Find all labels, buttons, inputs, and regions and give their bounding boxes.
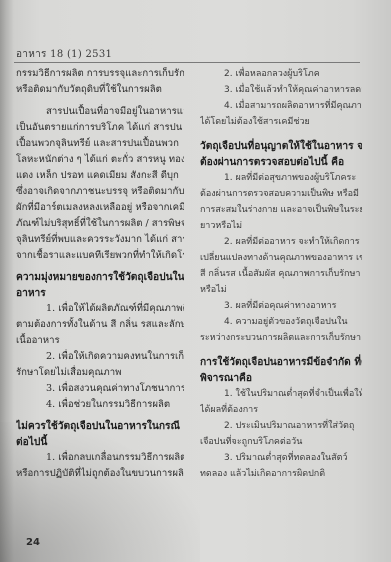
item-number: 2.	[224, 237, 233, 247]
item-text: ผลที่มีต่อคุณค่าทางอาหาร	[235, 301, 336, 311]
body-line: สารปนเปื้อนที่อาจมีอยู่ในอาหารและ	[16, 104, 184, 120]
list-item: 1. เพื่อให้ได้ผลิตภัณฑ์ที่มีคุณภาพดี	[16, 301, 184, 317]
item-text: เมื่อสามารถผลิตอาหารที่มีคุณภาพดี	[235, 101, 362, 111]
item-text: ปริมาณต่ำสุดที่ทดลองในสัตว์	[235, 453, 347, 463]
item-number: 4.	[46, 399, 55, 410]
item-text: ความอยู่ตัวของวัตถุเจือปนใน	[235, 317, 347, 327]
item-number: 4.	[224, 101, 233, 111]
section-heading: อาหาร	[16, 285, 184, 301]
item-text: เพื่อช่วยในกรรมวิธีการผลิต	[58, 399, 170, 410]
body-line: เจือปนที่จะถูกบริโภคต่อวัน	[200, 434, 362, 450]
item-text: ผลที่มีต่ออาหาร จะทำให้เกิดการ	[235, 237, 359, 247]
item-number: 1.	[46, 452, 55, 463]
body-line: หรือติดมากับวัตถุดิบที่ใช้ในการผลิต	[16, 82, 184, 98]
body-line: หรือการปฏิบัติที่ไม่ถูกต้องในขบวนการผลิต	[16, 466, 184, 482]
item-text: ประเมินปริมาณอาหารที่ใส่วัตถุ	[235, 421, 354, 431]
list-item: 4. เพื่อช่วยในกรรมวิธีการผลิต	[16, 397, 184, 413]
item-number: 3.	[224, 453, 233, 463]
item-text: เมื่อใช้แล้วทำให้คุณค่าอาหารลดลง	[235, 85, 362, 95]
page-number: 24	[26, 537, 40, 548]
item-text: เพื่อสงวนคุณค่าทางโภชนาการ	[58, 383, 184, 394]
item-text: เพื่อให้ได้ผลิตภัณฑ์ที่มีคุณภาพดี	[58, 303, 184, 314]
body-line: ซึ่งอาจเกิดจากภาชนะบรรจุ หรือติดมากับพืช	[16, 184, 184, 200]
header-rule	[14, 62, 360, 63]
item-text: เพื่อให้เกิดความคงทนในการเก็บ	[58, 351, 184, 362]
list-item: 2. ประเมินปริมาณอาหารที่ใส่วัตถุ	[200, 418, 362, 434]
right-column: 2. เพื่อหลอกลวงผู้บริโภค 3. เมื่อใช้แล้ว…	[200, 66, 362, 482]
list-item: 2. เพื่อหลอกลวงผู้บริโภค	[200, 66, 362, 82]
item-text: เพื่อหลอกลวงผู้บริโภค	[235, 69, 319, 79]
item-text: ผลที่มีต่อสุขภาพของผู้บริโภคระ	[235, 173, 356, 183]
body-line: เป็นอันตรายแก่การบริโภค ได้แก่ สารปน	[16, 120, 184, 136]
item-number: 4.	[224, 317, 233, 327]
list-item: 2. ผลที่มีต่ออาหาร จะทำให้เกิดการ	[200, 234, 362, 250]
left-column: กรรมวิธีการผลิต การบรรจุและการเก็บรักษา …	[16, 66, 184, 482]
list-item: 4. เมื่อสามารถผลิตอาหารที่มีคุณภาพดี	[200, 98, 362, 114]
body-line: ตามต้องการทั้งในด้าน สี กลิ่น รสและลักษณ…	[16, 317, 184, 333]
item-text: เพื่อกลบเกลื่อนกรรมวิธีการผลิต	[58, 452, 184, 463]
item-number: 3.	[224, 85, 233, 95]
body-line: ระหว่างกระบวนการผลิตและการเก็บรักษา	[200, 330, 362, 346]
body-line: การสะสมในร่างกาย และอาจเป็นพิษในระยะ	[200, 202, 362, 218]
item-number: 2.	[46, 351, 55, 362]
section-heading: วัตถุเจือปนที่อนุญาตให้ใช้ในอาหาร จะ	[200, 138, 362, 154]
section-heading: ไม่ควรใช้วัตถุเจือปนในอาหารในกรณี	[16, 418, 184, 434]
item-number: 1.	[224, 173, 233, 183]
list-item: 1. ใช้ในปริมาณต่ำสุดที่จำเป็นเพื่อให้	[200, 386, 362, 402]
item-text: ใช้ในปริมาณต่ำสุดที่จำเป็นเพื่อให้	[235, 389, 362, 399]
body-line: เปื้อนพวกจุลินทรีย์ และสารปนเปื้อนพวก	[16, 136, 184, 152]
section-heading: ต้องผ่านการตรวจสอบต่อไปนี้ คือ	[200, 154, 362, 170]
item-number: 2.	[224, 69, 233, 79]
list-item: 3. เมื่อใช้แล้วทำให้คุณค่าอาหารลดลง	[200, 82, 362, 98]
body-line: ต้องผ่านการตรวจสอบความเป็นพิษ หรือมี	[200, 186, 362, 202]
section-heading: การใช้วัตถุเจือปนอาหารมีข้อจำกัด ที่ต้อง	[200, 354, 362, 370]
body-line: ภัณฑ์ไม่บริสุทธิ์ที่ใช้ในการผลิต / สารพิ…	[16, 216, 184, 232]
list-item: 3. ปริมาณต่ำสุดที่ทดลองในสัตว์	[200, 450, 362, 466]
body-line: จุลินทรีย์ที่พบและควรระวังมาก ได้แก่ สาร…	[16, 232, 184, 248]
list-item: 3. ผลที่มีต่อคุณค่าทางอาหาร	[200, 298, 362, 314]
section-heading: ความมุ่งหมายของการใช้วัตถุเจือปนใน	[16, 269, 184, 285]
list-item: 2. เพื่อให้เกิดความคงทนในการเก็บ	[16, 349, 184, 365]
body-line: เปลี่ยนแปลงทางด้านคุณภาพของอาหาร เช่น	[200, 250, 362, 266]
body-line: เนื้ออาหาร	[16, 333, 184, 349]
section-heading: พิจารณาคือ	[200, 370, 362, 386]
item-number: 1.	[224, 389, 233, 399]
list-item: 3. เพื่อสงวนคุณค่าทางโภชนาการ	[16, 381, 184, 397]
body-line: ผักที่มีอาร์ตเมลงหลงเหลืออยู่ หรือจากเคม…	[16, 200, 184, 216]
item-number: 1.	[46, 303, 55, 314]
item-number: 2.	[224, 421, 233, 431]
body-line: ทดลอง แล้วไม่เกิดอาการผิดปกติ	[200, 466, 362, 482]
body-line: โลหะหนักต่าง ๆ ได้แก่ ตะกั่ว สารหนู ทอง	[16, 152, 184, 168]
list-item: 1. ผลที่มีต่อสุขภาพของผู้บริโภคระ	[200, 170, 362, 186]
body-line: จากเชื้อราและแบคทีเรียพวกที่ทำให้เกิดโรค	[16, 248, 184, 264]
section-heading: ต่อไปนี้	[16, 434, 184, 450]
body-line: ได้โดยไม่ต้องใช้สารเคมีช่วย	[200, 114, 362, 130]
running-head: อาหาร 18 (1) 2531	[16, 47, 112, 62]
body-line: ได้ผลที่ต้องการ	[200, 402, 362, 418]
body-line: หรือไม่	[200, 282, 362, 298]
body-line: สี กลิ่นรส เนื้อสัมผัส คุณภาพการเก็บรักษ…	[200, 266, 362, 282]
body-line: กรรมวิธีการผลิต การบรรจุและการเก็บรักษา	[16, 66, 184, 82]
list-item: 1. เพื่อกลบเกลื่อนกรรมวิธีการผลิต	[16, 450, 184, 466]
item-number: 3.	[224, 301, 233, 311]
body-line: ยาวหรือไม่	[200, 218, 362, 234]
list-item: 4. ความอยู่ตัวของวัตถุเจือปนใน	[200, 314, 362, 330]
body-line: แดง เหล็ก ปรอท แคดเมียม สังกะสี ดีบุก	[16, 168, 184, 184]
body-line: รักษาโดยไม่เสื่อมคุณภาพ	[16, 365, 184, 381]
item-number: 3.	[46, 383, 55, 394]
